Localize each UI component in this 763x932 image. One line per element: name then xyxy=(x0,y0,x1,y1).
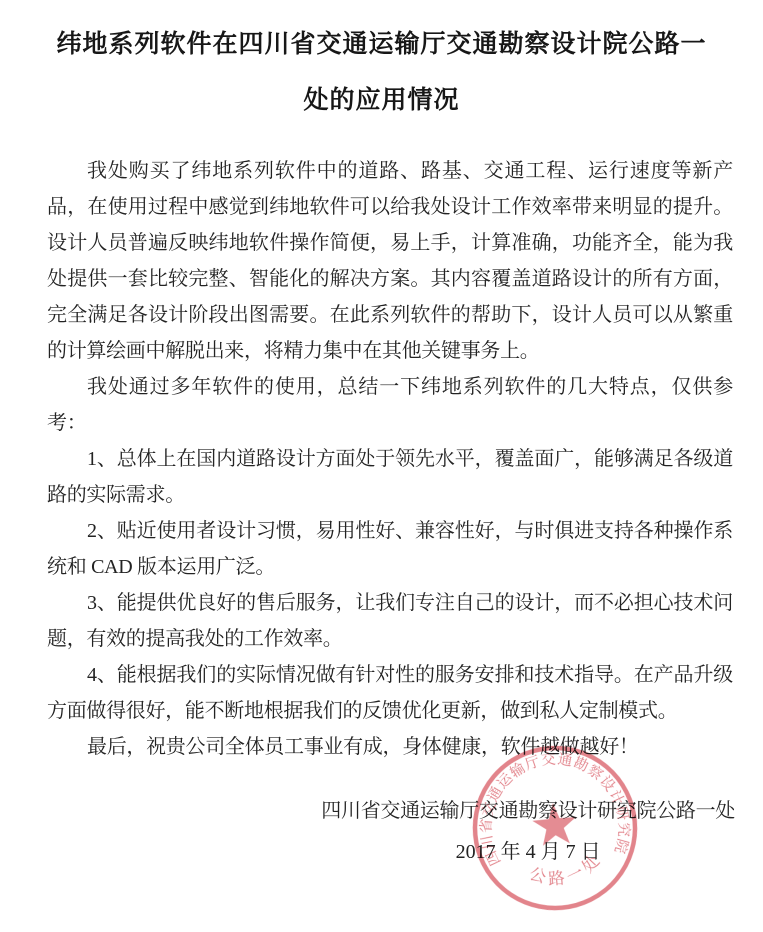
stamp-bottom-label: 公路一处 xyxy=(525,847,609,891)
paragraph-point-2: 2、贴近使用者设计习惯，易用性好、兼容性好，与时俱进支持各种操作系统和 CAD … xyxy=(47,513,733,585)
scanned-document-page: 纬地系列软件在四川省交通运输厅交通勘察设计院公路一 处的应用情况 我处购买了纬地… xyxy=(0,0,763,932)
paragraph-point-1: 1、总体上在国内道路设计方面处于领先水平，覆盖面广，能够满足各级道路的实际需求。 xyxy=(47,441,733,513)
document-title-line1: 纬地系列软件在四川省交通运输厅交通勘察设计院公路一 xyxy=(0,16,763,72)
official-seal-stamp: 四川省交通运输厅交通勘察设计研究院 公路一处 xyxy=(444,717,665,932)
stamp-bottom-label-text: 公路一处 xyxy=(525,847,609,891)
star-icon xyxy=(531,801,578,846)
paragraph-point-3: 3、能提供优良好的售后服务，让我们专注自己的设计，而不必担心技术问题，有效的提高… xyxy=(47,585,733,657)
document-title: 纬地系列软件在四川省交通运输厅交通勘察设计院公路一 处的应用情况 xyxy=(0,0,763,128)
paragraph-summary-lead: 我处通过多年软件的使用，总结一下纬地系列软件的几大特点，仅供参考： xyxy=(47,369,733,441)
document-body: 我处购买了纬地系列软件中的道路、路基、交通工程、运行速度等新产品，在使用过程中感… xyxy=(47,153,733,765)
paragraph-intro: 我处购买了纬地系列软件中的道路、路基、交通工程、运行速度等新产品，在使用过程中感… xyxy=(47,153,733,369)
document-title-line2: 处的应用情况 xyxy=(0,72,763,128)
